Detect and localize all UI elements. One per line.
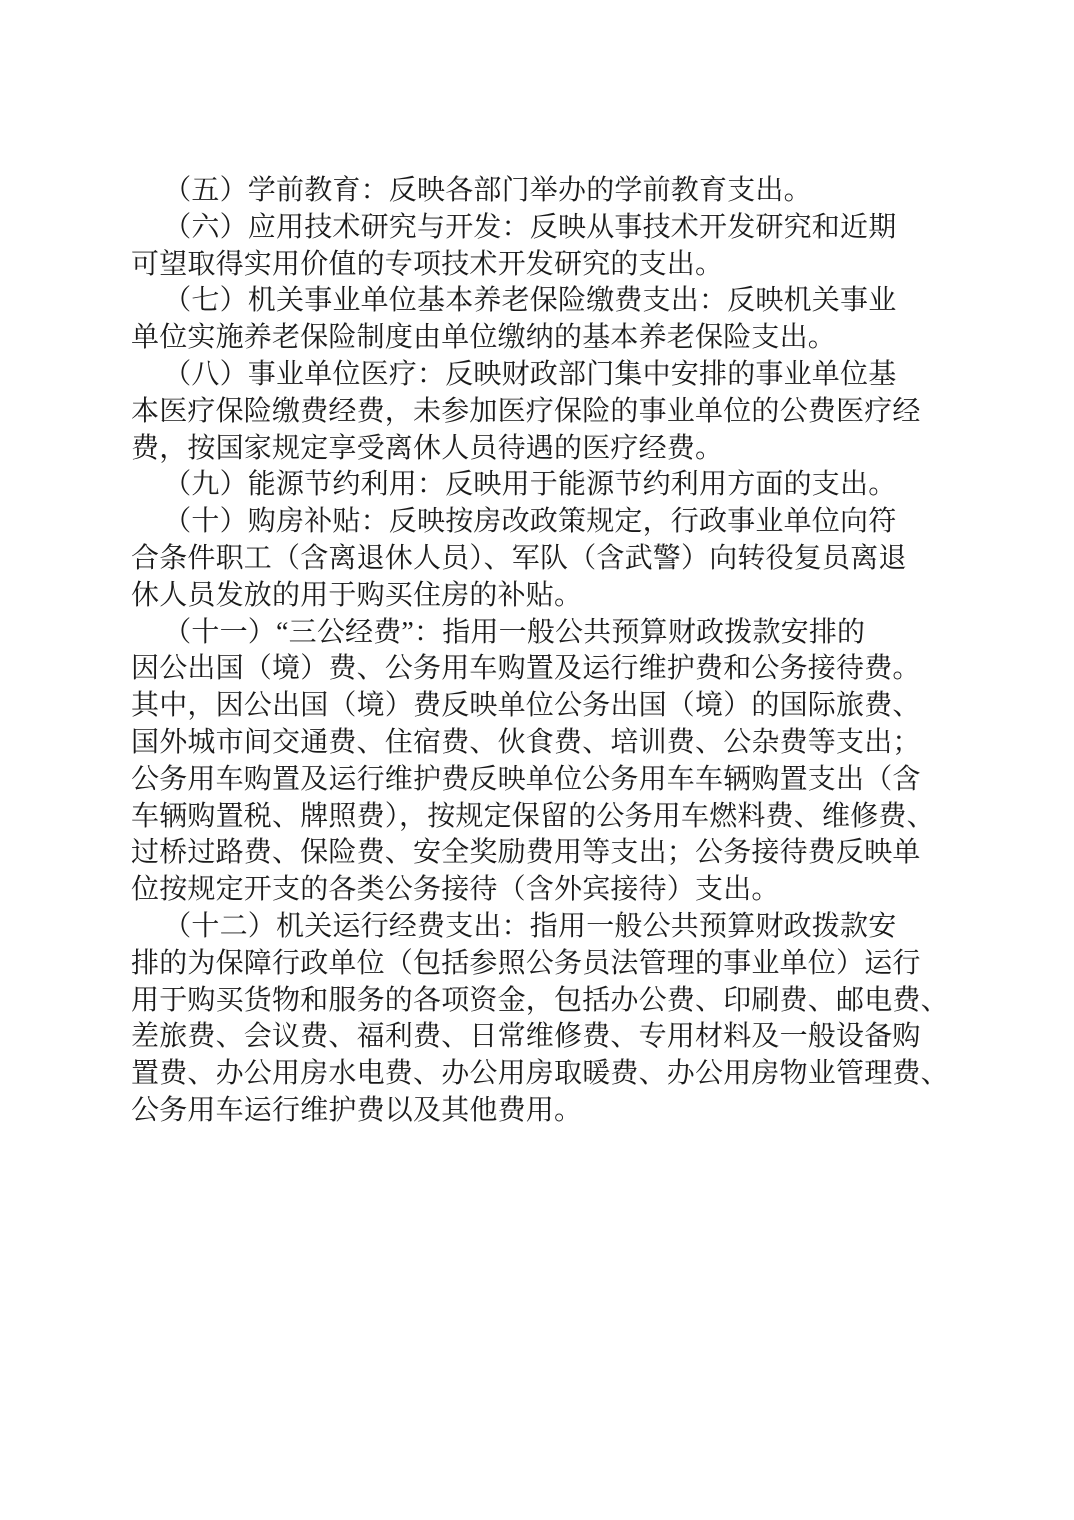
text-line: 休人员发放的用于购买住房的补贴。 [131, 578, 943, 615]
text-line: 费，按国家规定享受离休人员待遇的医疗经费。 [131, 431, 943, 468]
text-line: 车辆购置税、牌照费），按规定保留的公务用车燃料费、维修费、 [131, 799, 943, 836]
text-line: （十）购房补贴：反映按房改政策规定，行政事业单位向符 [131, 504, 943, 541]
text-line: （十一）“三公经费”：指用一般公共预算财政拨款安排的 [131, 615, 943, 652]
text-line: 公务用车购置及运行维护费反映单位公务用车车辆购置支出（含 [131, 762, 943, 799]
text-line: 可望取得实用价值的专项技术开发研究的支出。 [131, 247, 943, 284]
text-line: （九）能源节约利用：反映用于能源节约利用方面的支出。 [131, 467, 943, 504]
text-line: 其中，因公出国（境）费反映单位公务出国（境）的国际旅费、 [131, 688, 943, 725]
paragraph-item-10: （十）购房补贴：反映按房改政策规定，行政事业单位向符 合条件职工（含离退休人员）… [131, 504, 943, 614]
paragraph-item-11: （十一）“三公经费”：指用一般公共预算财政拨款安排的 因公出国（境）费、公务用车… [131, 615, 943, 909]
text-line: 差旅费、会议费、福利费、日常维修费、专用材料及一般设备购 [131, 1019, 943, 1056]
paragraph-item-7: （七）机关事业单位基本养老保险缴费支出：反映机关事业 单位实施养老保险制度由单位… [131, 283, 943, 357]
text-line: 过桥过路费、保险费、安全奖励费用等支出；公务接待费反映单 [131, 835, 943, 872]
text-line: 排的为保障行政单位（包括参照公务员法管理的事业单位）运行 [131, 946, 943, 983]
paragraph-item-8: （八）事业单位医疗：反映财政部门集中安排的事业单位基 本医疗保险缴费经费，未参加… [131, 357, 943, 467]
text-line: 单位实施养老保险制度由单位缴纳的基本养老保险支出。 [131, 320, 943, 357]
text-line: 国外城市间交通费、住宿费、伙食费、培训费、公杂费等支出； [131, 725, 943, 762]
text-line: 公务用车运行维护费以及其他费用。 [131, 1093, 943, 1130]
paragraph-item-5: （五）学前教育：反映各部门举办的学前教育支出。 [131, 173, 943, 210]
paragraph-item-12: （十二）机关运行经费支出：指用一般公共预算财政拨款安 排的为保障行政单位（包括参… [131, 909, 943, 1130]
text-line: （五）学前教育：反映各部门举办的学前教育支出。 [131, 173, 943, 210]
paragraph-item-9: （九）能源节约利用：反映用于能源节约利用方面的支出。 [131, 467, 943, 504]
document-body: （五）学前教育：反映各部门举办的学前教育支出。 （六）应用技术研究与开发：反映从… [131, 173, 943, 1130]
text-line: 用于购买货物和服务的各项资金，包括办公费、印刷费、邮电费、 [131, 983, 943, 1020]
text-line: （七）机关事业单位基本养老保险缴费支出：反映机关事业 [131, 283, 943, 320]
text-line: （六）应用技术研究与开发：反映从事技术开发研究和近期 [131, 210, 943, 247]
text-line: 合条件职工（含离退休人员）、军队（含武警）向转役复员离退 [131, 541, 943, 578]
paragraph-item-6: （六）应用技术研究与开发：反映从事技术开发研究和近期 可望取得实用价值的专项技术… [131, 210, 943, 284]
text-line: 置费、办公用房水电费、办公用房取暖费、办公用房物业管理费、 [131, 1056, 943, 1093]
text-line: 本医疗保险缴费经费，未参加医疗保险的事业单位的公费医疗经 [131, 394, 943, 431]
text-line: （十二）机关运行经费支出：指用一般公共预算财政拨款安 [131, 909, 943, 946]
text-line: 因公出国（境）费、公务用车购置及运行维护费和公务接待费。 [131, 651, 943, 688]
document-page: （五）学前教育：反映各部门举办的学前教育支出。 （六）应用技术研究与开发：反映从… [0, 0, 1074, 1520]
text-line: （八）事业单位医疗：反映财政部门集中安排的事业单位基 [131, 357, 943, 394]
text-line: 位按规定开支的各类公务接待（含外宾接待）支出。 [131, 872, 943, 909]
